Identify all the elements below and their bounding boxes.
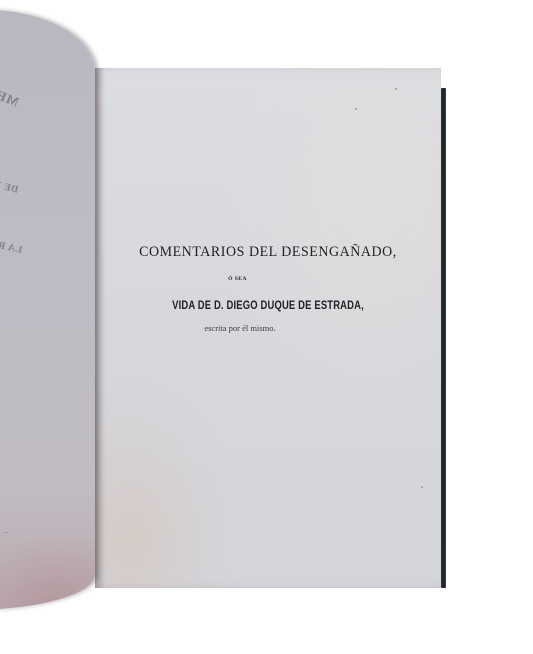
mirrored-text-line: ...: [4, 529, 9, 535]
left-page-curled: MEMORIAL HI DE DOCUMENTOS , LA REAL ACA …: [0, 10, 95, 610]
title-line-main: COMENTARIOS DEL DESENGAÑADO,: [107, 244, 429, 261]
title-line-conjunction: Ó SEA: [215, 276, 260, 282]
page-gutter-shadow: [95, 68, 105, 588]
paper-speck: [395, 88, 397, 90]
mirrored-text-line: DE DOCUMENTOS ,: [0, 161, 19, 196]
book-photo: MEMORIAL HI DE DOCUMENTOS , LA REAL ACA …: [0, 0, 533, 654]
title-line-author-note: escrita por él mismo.: [197, 323, 283, 333]
mirrored-text-line: MEMORIAL HI: [0, 56, 21, 110]
title-line-subject: VIDA DE D. DIEGO DUQUE DE ESTRADA,: [126, 300, 410, 312]
mirrored-text-line: LA REAL ACA: [0, 230, 23, 256]
back-cover-edge: [441, 88, 446, 588]
paper-speck: [355, 108, 357, 110]
paper-speck: [421, 486, 423, 488]
